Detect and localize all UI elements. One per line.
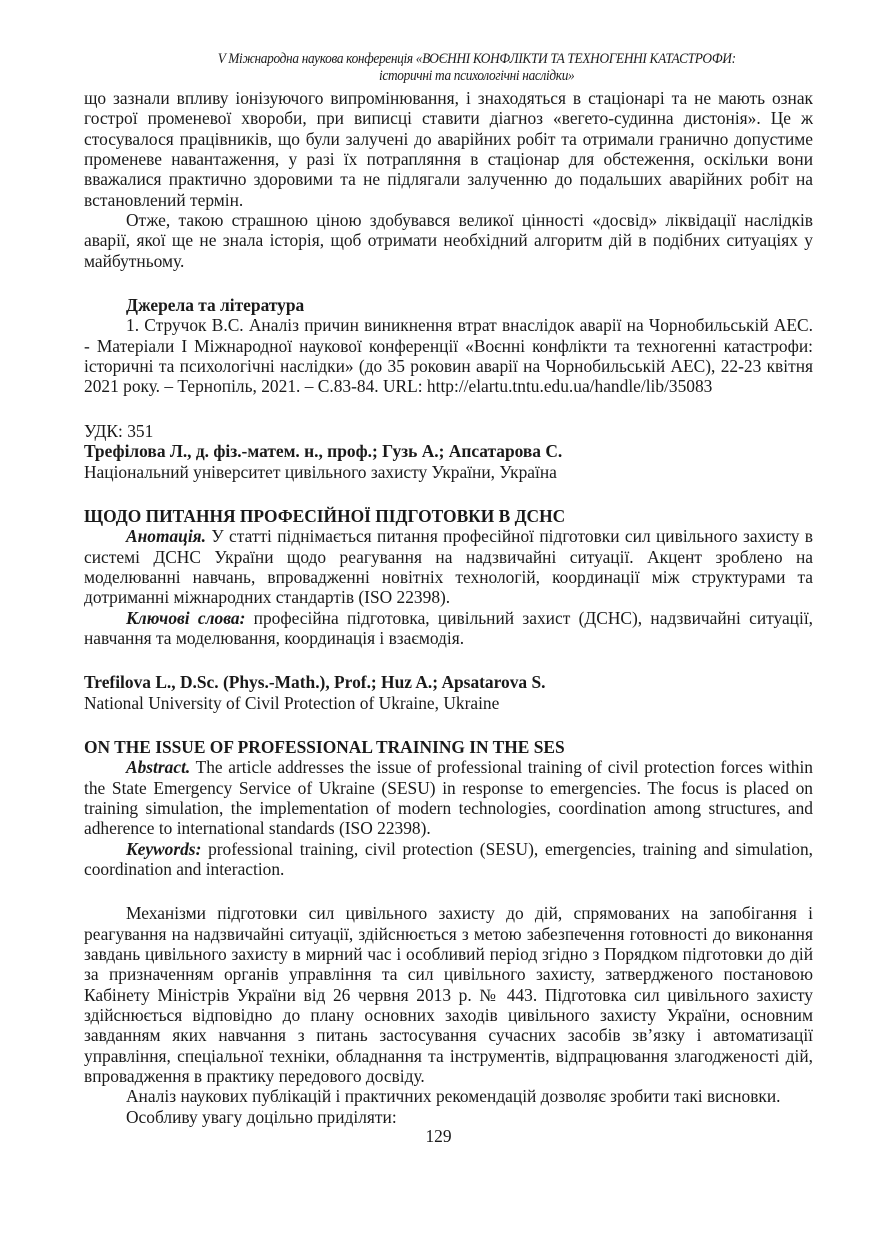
abstract-ukrainian-label: Анотація. [126,526,206,546]
spacer [84,648,813,672]
reference-item: 1. Стручок В.С. Аналіз причин виникнення… [84,315,813,396]
running-header-line-1: V Міжнародна наукова конференція «ВОЄННІ… [162,51,791,68]
page-number: 129 [0,1126,877,1147]
body-paragraph: Механізми підготовки сил цивільного захи… [84,903,813,1086]
authors-english: Trefilova L., D.Sc. (Phys.-Math.), Prof.… [84,672,813,692]
article-title-ukrainian: ЩОДО ПИТАННЯ ПРОФЕСІЙНОЇ ПІДГОТОВКИ В ДС… [84,506,813,526]
references-heading: Джерела та література [84,295,813,315]
article-title-english: ON THE ISSUE OF PROFESSIONAL TRAINING IN… [84,737,813,757]
abstract-english-label: Abstract. [126,757,190,777]
conclusion-paragraph: Отже, такою страшною ціною здобувався ве… [84,210,813,271]
spacer [84,271,813,295]
text-flow: що зазнали впливу іонізуючого випромінюв… [84,88,813,1127]
running-header-line-2: історичні та психологічні наслідки» [162,68,791,85]
abstract-english-text: The article addresses the issue of profe… [84,757,813,838]
body-paragraph: Аналіз наукових публікацій і практичних … [84,1086,813,1106]
body-paragraph: Особливу увагу доцільно приділяти: [84,1107,813,1127]
affiliation-english: National University of Civil Protection … [84,693,813,713]
keywords-english: Keywords: professional training, civil p… [84,839,813,880]
affiliation-ukrainian: Національний університет цивільного захи… [84,462,813,482]
spacer [84,879,813,903]
keywords-english-label: Keywords: [126,839,201,859]
keywords-ukrainian-label: Ключові слова: [126,608,245,628]
spacer [84,713,813,737]
running-header: V Міжнародна наукова конференція «ВОЄННІ… [106,51,791,85]
authors-ukrainian: Трефілова Л., д. фіз.-матем. н., проф.; … [84,441,813,461]
keywords-ukrainian: Ключові слова: професійна підготовка, ци… [84,608,813,649]
continuation-paragraph: що зазнали впливу іонізуючого випромінюв… [84,88,813,210]
abstract-ukrainian: Анотація. У статті піднімається питання … [84,526,813,607]
spacer [84,482,813,506]
udc-code: УДК: 351 [84,421,813,441]
abstract-english: Abstract. The article addresses the issu… [84,757,813,838]
spacer [84,397,813,421]
